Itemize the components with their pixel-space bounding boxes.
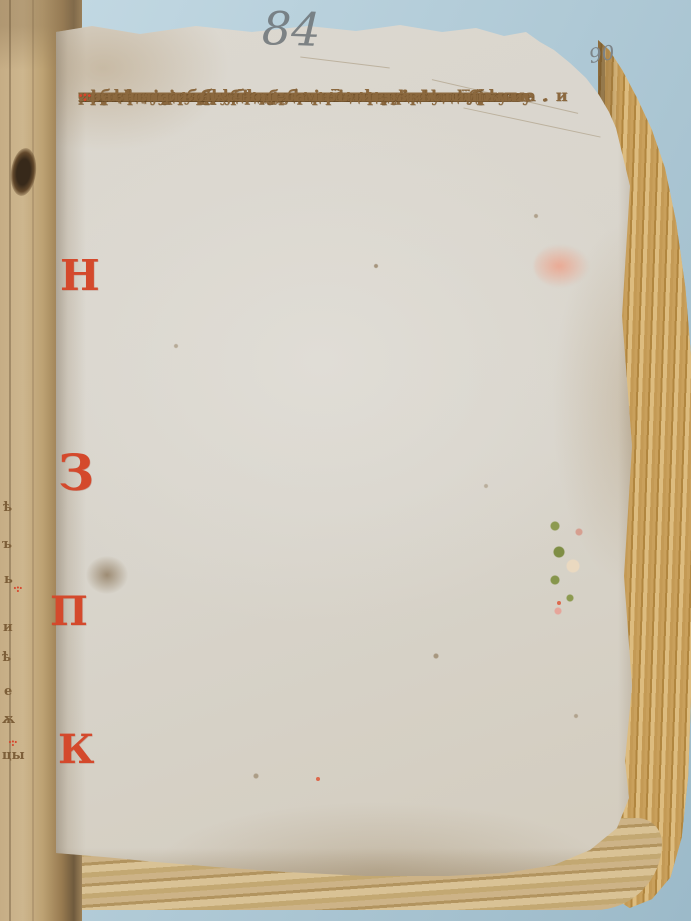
gutter-text-fragment: цы <box>2 748 24 763</box>
manuscript-text-block: стлю николае . хероувимамысльныма ѡчима … <box>78 84 642 770</box>
gutter-text-fragment: и <box>3 620 25 635</box>
manuscript-photo: ѣ ъ ь ·:· и ѣ е ѫ ·:· цы 84 90 Н З П К с… <box>0 0 691 921</box>
line-text: расныіатвоіѧ чюдеса прѣдивьзвѣстишѫтие . <box>90 85 548 109</box>
red-speck <box>316 777 320 781</box>
parchment-hole <box>8 147 39 198</box>
fold-crease <box>32 0 34 921</box>
fold-crease <box>9 0 11 921</box>
pencil-folio-number-right: 90 <box>587 40 616 68</box>
gutter-text-fragment: ѣ <box>3 500 25 515</box>
gutter-text-fragment: ъ <box>2 537 24 552</box>
gutter-text-fragment: е <box>4 684 26 699</box>
gutter-red-dots: ·:· <box>13 582 22 595</box>
gutter-text-fragment: ѫ <box>2 712 24 727</box>
pencil-folio-number-center: 84 <box>261 1 321 57</box>
gutter-text-fragment: ѣ <box>2 650 24 665</box>
manuscript-line: расныіатвоіѧ чюдеса прѣдивьзвѣстишѫтие . <box>78 85 90 109</box>
